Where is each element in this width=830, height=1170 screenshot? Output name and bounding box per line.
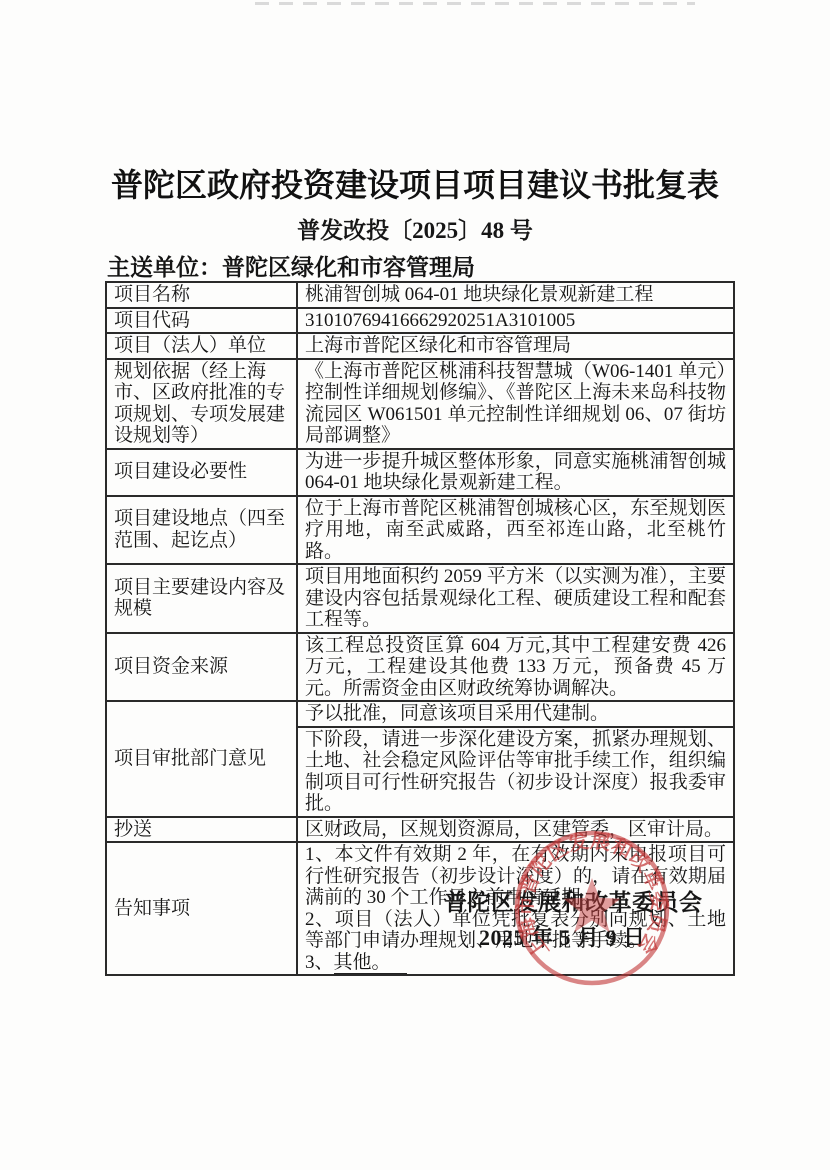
- table-row: 项目（法人）单位 上海市普陀区绿化和市容管理局: [106, 333, 734, 359]
- row-label-legal-entity: 项目（法人）单位: [106, 333, 297, 359]
- row-label-location: 项目建设地点（四至范围、起讫点）: [106, 496, 297, 565]
- document-title: 普陀区政府投资建设项目项目建议书批复表: [0, 160, 830, 206]
- row-value-project-name: 桃浦智创城 064-01 地块绿化景观新建工程: [297, 282, 734, 308]
- recipient-line: 主送单位：普陀区绿化和市容管理局: [107, 249, 475, 282]
- row-value-approval-opinion-1: 予以批准，同意该项目采用代建制。: [297, 701, 734, 727]
- row-label-approval-opinion: 项目审批部门意见: [106, 701, 297, 817]
- table-row: 项目代码 31010769416662920251A3101005: [106, 308, 734, 334]
- row-value-approval-opinion-2: 下阶段，请进一步深化建设方案，抓紧办理规划、土地、社会稳定风险评估等审批手续工作…: [297, 727, 734, 817]
- row-label-funding: 项目资金来源: [106, 633, 297, 702]
- row-label-notices: 告知事项: [106, 842, 297, 975]
- document-page: 普陀区政府投资建设项目项目建议书批复表 普发改投〔2025〕48 号 主送单位：…: [0, 0, 830, 1170]
- signature-date: 2025 年 5 月 9 日: [479, 921, 646, 952]
- table-row: 项目建设地点（四至范围、起讫点） 位于上海市普陀区桃浦智创城核心区，东至规划医疗…: [106, 496, 734, 565]
- row-label-cc: 抄送: [106, 817, 297, 843]
- scan-artifact: [255, 2, 695, 5]
- table-row: 规划依据（经上海市、区政府批准的专项规划、专项发展建设规划等） 《上海市普陀区桃…: [106, 359, 734, 449]
- row-value-location: 位于上海市普陀区桃浦智创城核心区，东至规划医疗用地，南至武威路，西至祁连山路，北…: [297, 496, 734, 565]
- row-label-planning-basis: 规划依据（经上海市、区政府批准的专项规划、专项发展建设规划等）: [106, 359, 297, 449]
- row-value-legal-entity: 上海市普陀区绿化和市容管理局: [297, 333, 734, 359]
- signature-issuer: 普陀区发展和改革委员会: [444, 884, 703, 917]
- recipient-value: 普陀区绿化和市容管理局: [222, 255, 475, 280]
- table-row: 项目审批部门意见 予以批准，同意该项目采用代建制。: [106, 701, 734, 727]
- row-value-cc: 区财政局，区规划资源局，区建管委，区审计局。: [297, 817, 734, 843]
- row-value-project-code: 31010769416662920251A3101005: [297, 308, 734, 334]
- notice-item-3-prefix: 3、: [305, 952, 334, 973]
- recipient-label: 主送单位：: [107, 255, 222, 280]
- row-label-project-code: 项目代码: [106, 308, 297, 334]
- row-value-planning-basis: 《上海市普陀区桃浦科技智慧城（W06-1401 单元）控制性详细规划修编》、《普…: [297, 359, 734, 449]
- table-row: 抄送 区财政局，区规划资源局，区建管委，区审计局。: [106, 817, 734, 843]
- table-row: 项目名称 桃浦智创城 064-01 地块绿化景观新建工程: [106, 282, 734, 308]
- row-label-scope: 项目主要建设内容及规模: [106, 564, 297, 633]
- table-row: 项目建设必要性 为进一步提升城区整体形象，同意实施桃浦智创城 064-01 地块…: [106, 449, 734, 496]
- row-value-funding: 该工程总投资匡算 604 万元,其中工程建安费 426 万元，工程建设其他费 1…: [297, 633, 734, 702]
- table-row: 项目资金来源 该工程总投资匡算 604 万元,其中工程建安费 426 万元，工程…: [106, 633, 734, 702]
- approval-table: 项目名称 桃浦智创城 064-01 地块绿化景观新建工程 项目代码 310107…: [105, 281, 735, 976]
- table-row: 项目主要建设内容及规模 项目用地面积约 2059 平方米（以实测为准），主要建设…: [106, 564, 734, 633]
- row-label-project-name: 项目名称: [106, 282, 297, 308]
- row-value-necessity: 为进一步提升城区整体形象，同意实施桃浦智创城 064-01 地块绿化景观新建工程…: [297, 449, 734, 496]
- row-value-scope: 项目用地面积约 2059 平方米（以实测为准），主要建设内容包括景观绿化工程、硬…: [297, 564, 734, 633]
- notice-item-3-other: 其他。: [334, 952, 407, 975]
- row-label-necessity: 项目建设必要性: [106, 449, 297, 496]
- notice-item-3: 3、其他。: [305, 952, 726, 974]
- document-number: 普发改投〔2025〕48 号: [0, 212, 830, 245]
